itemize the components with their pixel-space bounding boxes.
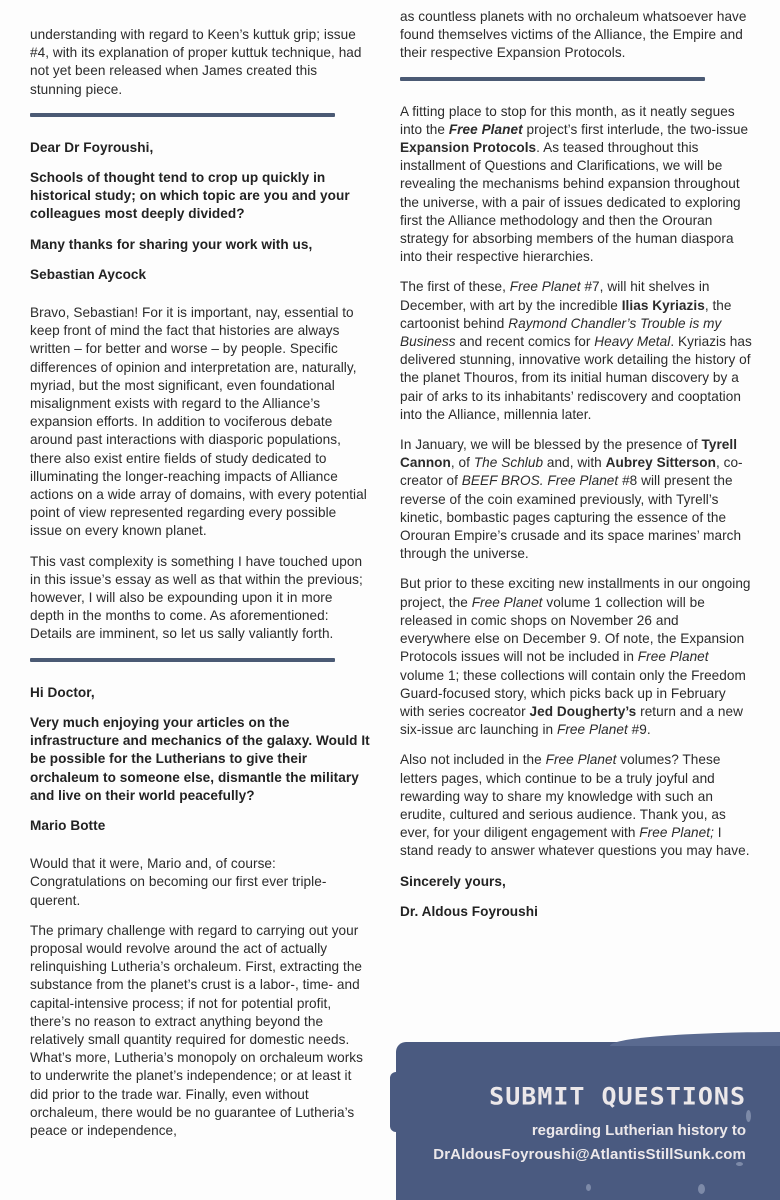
- title-free-planet: Free Planet: [449, 122, 523, 137]
- text-run: project’s first interlude, the two-issue: [523, 122, 748, 137]
- paint-speck-decoration: [586, 1184, 591, 1191]
- text-run: , of: [451, 455, 474, 470]
- letter1-reply-paragraph: This vast complexity is something I have…: [30, 553, 370, 644]
- letter2-salutation: Hi Doctor,: [30, 684, 370, 702]
- left-column: understanding with regard to Keen’s kutt…: [30, 26, 370, 1152]
- submit-questions-panel: SUBMIT QUESTIONS regarding Lutherian his…: [396, 1042, 780, 1200]
- title-free-planet: Free Planet: [472, 595, 543, 610]
- intro-paragraph: understanding with regard to Keen’s kutt…: [30, 26, 370, 99]
- cocreator-name: Jed Dougherty’s: [530, 704, 637, 719]
- magazine-title: Heavy Metal: [594, 334, 670, 349]
- text-run: The first of these,: [400, 279, 510, 294]
- response-paragraph: But prior to these exciting new installm…: [400, 575, 752, 739]
- work-title: The Schlub: [474, 455, 543, 470]
- response-paragraph: The first of these, Free Planet #7, will…: [400, 278, 752, 424]
- author-signature: Dr. Aldous Foyroushi: [400, 903, 752, 921]
- title-free-planet: Free Planet: [546, 752, 617, 767]
- artist-name: Ilias Kyriazis: [622, 298, 705, 313]
- title-free-planet: Free Planet;: [639, 825, 714, 840]
- paint-speck-decoration: [746, 1110, 751, 1122]
- text-run: Also not included in the: [400, 752, 546, 767]
- submit-questions-subtitle: regarding Lutherian history to: [532, 1122, 746, 1139]
- section-divider: [30, 658, 335, 662]
- paint-speck-decoration: [698, 1184, 705, 1194]
- text-run: In January, we will be blessed by the pr…: [400, 437, 701, 452]
- continuation-paragraph: as countless planets with no orchaleum w…: [400, 8, 752, 63]
- response-paragraph: A fitting place to stop for this month, …: [400, 103, 752, 267]
- closing: Sincerely yours,: [400, 873, 752, 891]
- text-run: #9.: [628, 722, 651, 737]
- letter1-question: Schools of thought tend to crop up quick…: [30, 169, 370, 224]
- title-free-planet: Free Planet: [638, 649, 709, 664]
- title-free-planet: Free Planet: [557, 722, 628, 737]
- work-title: BEEF BROS.: [462, 473, 544, 488]
- letter1-reply-paragraph: Bravo, Sebastian! For it is important, n…: [30, 304, 370, 541]
- title-expansion-protocols: Expansion Protocols: [400, 140, 536, 155]
- title-free-planet: Free Planet: [547, 473, 618, 488]
- letter1-salutation: Dear Dr Foyroushi,: [30, 139, 370, 157]
- text-run: and recent comics for: [456, 334, 595, 349]
- section-divider: [400, 77, 705, 81]
- letter2-reply-paragraph: Would that it were, Mario and, of course…: [30, 855, 370, 910]
- letter1-thanks: Many thanks for sharing your work with u…: [30, 236, 370, 254]
- right-column: as countless planets with no orchaleum w…: [400, 8, 752, 933]
- letter2-signature: Mario Botte: [30, 817, 370, 835]
- letter1-signature: Sebastian Aycock: [30, 266, 370, 284]
- paint-speck-decoration: [736, 1162, 743, 1166]
- response-paragraph: Also not included in the Free Planet vol…: [400, 751, 752, 860]
- letter2-question: Very much enjoying your articles on the …: [30, 714, 370, 805]
- text-run: and, with: [543, 455, 606, 470]
- letter2-reply-paragraph: The primary challenge with regard to car…: [30, 922, 370, 1140]
- contact-email-link[interactable]: DrAldousFoyroushi@AtlantisStillSunk.com: [433, 1146, 746, 1163]
- text-run: . As teased throughout this installment …: [400, 140, 741, 264]
- response-paragraph: In January, we will be blessed by the pr…: [400, 436, 752, 563]
- submit-questions-title: SUBMIT QUESTIONS: [489, 1083, 746, 1111]
- title-free-planet: Free Planet: [510, 279, 581, 294]
- writer-name: Aubrey Sitterson: [606, 455, 716, 470]
- section-divider: [30, 113, 335, 117]
